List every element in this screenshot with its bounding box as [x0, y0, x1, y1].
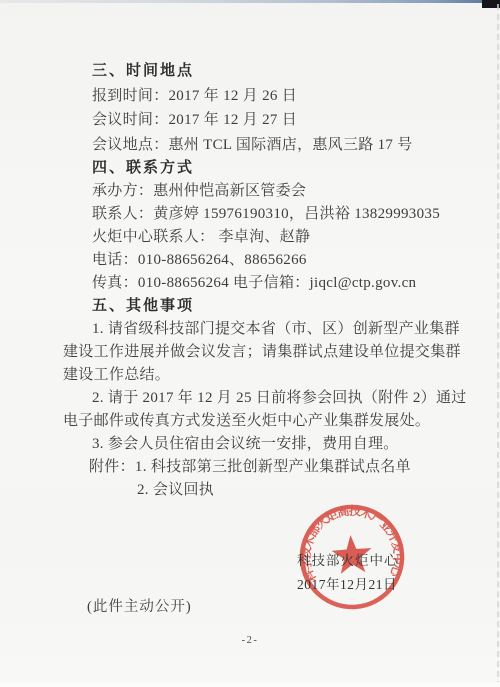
text-line: 火炬中心联系人： 李卓洵、赵静: [63, 226, 449, 249]
issuer-name: 科技部火炬中心: [297, 549, 399, 569]
section-heading: 三、时间地点: [63, 59, 449, 84]
text-line: 联系人：黄彦婷 15976190310，吕洪裕 13829993035: [63, 203, 449, 226]
section-heading: 五、其他事项: [63, 295, 449, 318]
text-line: 3. 参会人员住宿由会议统一安排，费用自理。: [63, 433, 449, 456]
text-line: 报到时间：2017 年 12 月 26 日: [63, 84, 449, 109]
scan-edge-artifact-right: [497, 4, 499, 687]
text-line: 电子邮件或传真方式发送至火炬中心产业集群发展处。: [63, 410, 449, 433]
text-line: 2. 请于 2017 年 12 月 25 日前将参会回执（附件 2）通过: [63, 387, 449, 410]
disclosure-note: (此件主动公开): [87, 595, 192, 616]
scanned-document-page: 三、时间地点 报到时间：2017 年 12 月 26 日 会议时间：2017 年…: [0, 0, 500, 687]
section-heading: 四、联系方式: [63, 157, 449, 180]
text-line: 电话：010-88656264、88656266: [63, 249, 449, 272]
attachments-block: 附件：1. 科技部第三批创新型产业集群试点名单 2. 会议回执: [63, 456, 449, 502]
text-line: 建设工作进展并做会议发言；请集群试点建设单位提交集群: [63, 341, 449, 364]
issue-date: 2017年12月21日: [297, 573, 397, 593]
text-line: 承办方：惠州仲恺高新区管委会: [63, 180, 449, 203]
attachments-label: 附件：: [89, 459, 135, 475]
text-line: 1. 请省级科技部门提交本省（市、区）创新型产业集群: [63, 318, 449, 341]
scan-edge-artifact-top: [0, 0, 500, 3]
section-other-matters: 五、其他事项 1. 请省级科技部门提交本省（市、区）创新型产业集群 建设工作进展…: [63, 295, 449, 456]
attachment-line: 附件：1. 科技部第三批创新型产业集群试点名单: [63, 456, 449, 479]
text-line: 建设工作总结。: [63, 364, 449, 387]
attachment-item: 1. 科技部第三批创新型产业集群试点名单: [135, 459, 411, 475]
page-number: -2-: [0, 635, 500, 646]
scan-edge-artifact-bottom: [0, 682, 500, 687]
text-line: 会议时间：2017 年 12 月 27 日: [63, 108, 449, 133]
text-line: 会议地点：惠州 TCL 国际酒店，惠风三路 17 号: [63, 133, 449, 158]
text-line: 传真：010-88656264 电子信箱：jiqcl@ctp.gov.cn: [63, 272, 449, 295]
document-body: 三、时间地点 报到时间：2017 年 12 月 26 日 会议时间：2017 年…: [63, 59, 449, 502]
section-time-location: 三、时间地点 报到时间：2017 年 12 月 26 日 会议时间：2017 年…: [63, 59, 449, 157]
section-contact: 四、联系方式 承办方：惠州仲恺高新区管委会 联系人：黄彦婷 1597619031…: [63, 157, 449, 295]
